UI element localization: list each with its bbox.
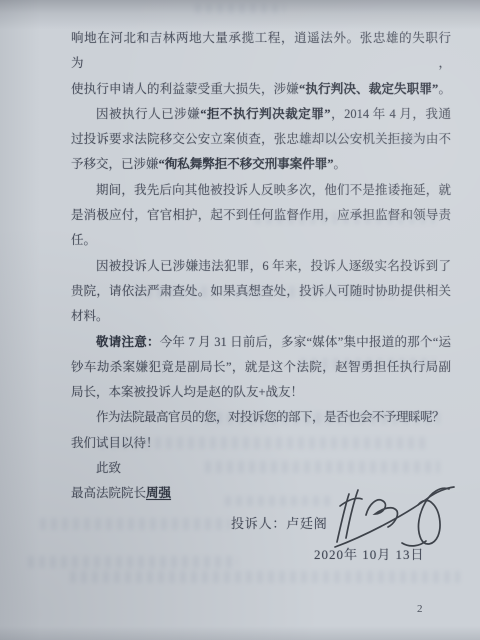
text-line: 响地在河北和吉林两地大量承揽工程，逍遥法外。张忠雄的失职行为， bbox=[71, 26, 451, 77]
text-segment: 钞车劫杀案嫌犯竟是副局长”，就是这个法院，赵智勇担任执行局副 bbox=[71, 360, 451, 374]
text-segment: 。 bbox=[334, 157, 347, 171]
text-segment: “徇私舞弊拒不移交刑事案件罪” bbox=[159, 157, 334, 171]
text-line: 作为法院最高官员的您，对投诉您的部下，是否也会不予理睬呢？ bbox=[71, 405, 451, 430]
text-segment: 作为法院最高官员的您，对投诉您的部下，是否也会不予理睬呢？ bbox=[96, 410, 444, 424]
text-line: 是消极应付，官官相护，起不到任何监督作用，应承担监督和领导责 bbox=[71, 203, 451, 228]
text-line: 期间，我先后向其他被投诉人反映多次，他们不是推诿拖延，就 bbox=[71, 178, 451, 203]
text-line: 任。 bbox=[71, 228, 451, 253]
text-segment: 使执行申请人的利益蒙受重大损失，涉嫌 bbox=[71, 82, 299, 96]
text-line: 贵院，请依法严肃查处。如果真想查处，投诉人可随时协助提供相关 bbox=[71, 279, 451, 304]
text-line: 我们试目以待！ bbox=[71, 431, 451, 456]
text-segment: 。 bbox=[438, 82, 451, 96]
page-number: 2 bbox=[417, 603, 423, 615]
text-segment: 期间，我先后向其他被投诉人反映多次，他们不是推诿拖延，就 bbox=[96, 183, 451, 197]
bleed-through-mark bbox=[70, 571, 460, 583]
text-segment: 因被投诉人已涉嫌违法犯罪，6 年来，投诉人逐级实名投诉到了 bbox=[96, 259, 451, 273]
text-segment: 材料。 bbox=[71, 309, 109, 323]
text-segment: 此致 bbox=[96, 461, 121, 475]
text-segment: 予移交，已涉嫌 bbox=[71, 157, 159, 171]
complainant-label: 投诉人：卢廷阁 bbox=[231, 513, 328, 532]
bleed-through-mark bbox=[28, 556, 238, 568]
text-segment: 响地在河北和吉林两地大量承揽工程，逍遥法外。张忠雄的失职行为， bbox=[71, 31, 451, 70]
text-line: 局长，本案被投诉人均是赵的队友+战友！ bbox=[71, 380, 451, 405]
text-segment: 是消极应付，官官相护，起不到任何监督作用，应承担监督和领导责 bbox=[71, 208, 451, 222]
text-segment: 敬请注意： bbox=[96, 335, 160, 349]
text-segment: 贵院，请依法严肃查处。如果真想查处，投诉人可随时协助提供相关 bbox=[71, 284, 451, 298]
text-segment: “拒不执行判决裁定罪” bbox=[200, 107, 330, 121]
text-line: 使执行申请人的利益蒙受重大损失，涉嫌“执行判决、裁定失职罪”。 bbox=[71, 77, 451, 102]
text-line: 予移交，已涉嫌“徇私舞弊拒不移交刑事案件罪”。 bbox=[71, 152, 451, 177]
text-segment: 因被执行人已涉嫌 bbox=[96, 107, 200, 121]
text-segment: 今年 7 月 31 日前后，多家“媒体”集中报道的那个“运 bbox=[160, 335, 451, 349]
text-segment: 任。 bbox=[71, 233, 96, 247]
bleed-through-mark bbox=[195, 4, 285, 13]
text-line: 因被投诉人已涉嫌违法犯罪，6 年来，投诉人逐级实名投诉到了 bbox=[71, 254, 451, 279]
bleed-through-mark bbox=[40, 518, 230, 530]
text-line: 材料。 bbox=[71, 304, 451, 329]
document-photo: 响地在河北和吉林两地大量承揽工程，逍遥法外。张忠雄的失职行为，使执行申请人的利益… bbox=[0, 0, 480, 640]
text-segment: 过投诉要求法院移交公安立案侦查，张忠雄却以公安机关拒接为由不 bbox=[71, 132, 451, 146]
text-segment: 我们试目以待！ bbox=[71, 436, 159, 450]
text-segment: 周强 bbox=[146, 486, 171, 500]
text-segment: 局长，本案被投诉人均是赵的队友+战友！ bbox=[71, 385, 303, 399]
document-body: 响地在河北和吉林两地大量承揽工程，逍遥法外。张忠雄的失职行为，使执行申请人的利益… bbox=[71, 26, 451, 507]
text-segment: ，2014 年 4 月，我通 bbox=[331, 107, 451, 121]
text-segment: 最高法院院长 bbox=[71, 486, 146, 500]
text-line: 过投诉要求法院移交公安立案侦查，张忠雄却以公安机关拒接为由不 bbox=[71, 127, 451, 152]
text-segment: “执行判决、裁定失职罪” bbox=[299, 82, 438, 96]
handwritten-signature bbox=[325, 477, 460, 552]
text-line: 敬请注意：今年 7 月 31 日前后，多家“媒体”集中报道的那个“运 bbox=[71, 330, 451, 355]
text-line: 钞车劫杀案嫌犯竟是副局长”，就是这个法院，赵智勇担任执行局副 bbox=[71, 355, 451, 380]
text-line: 因被执行人已涉嫌“拒不执行判决裁定罪”，2014 年 4 月，我通 bbox=[71, 102, 451, 127]
